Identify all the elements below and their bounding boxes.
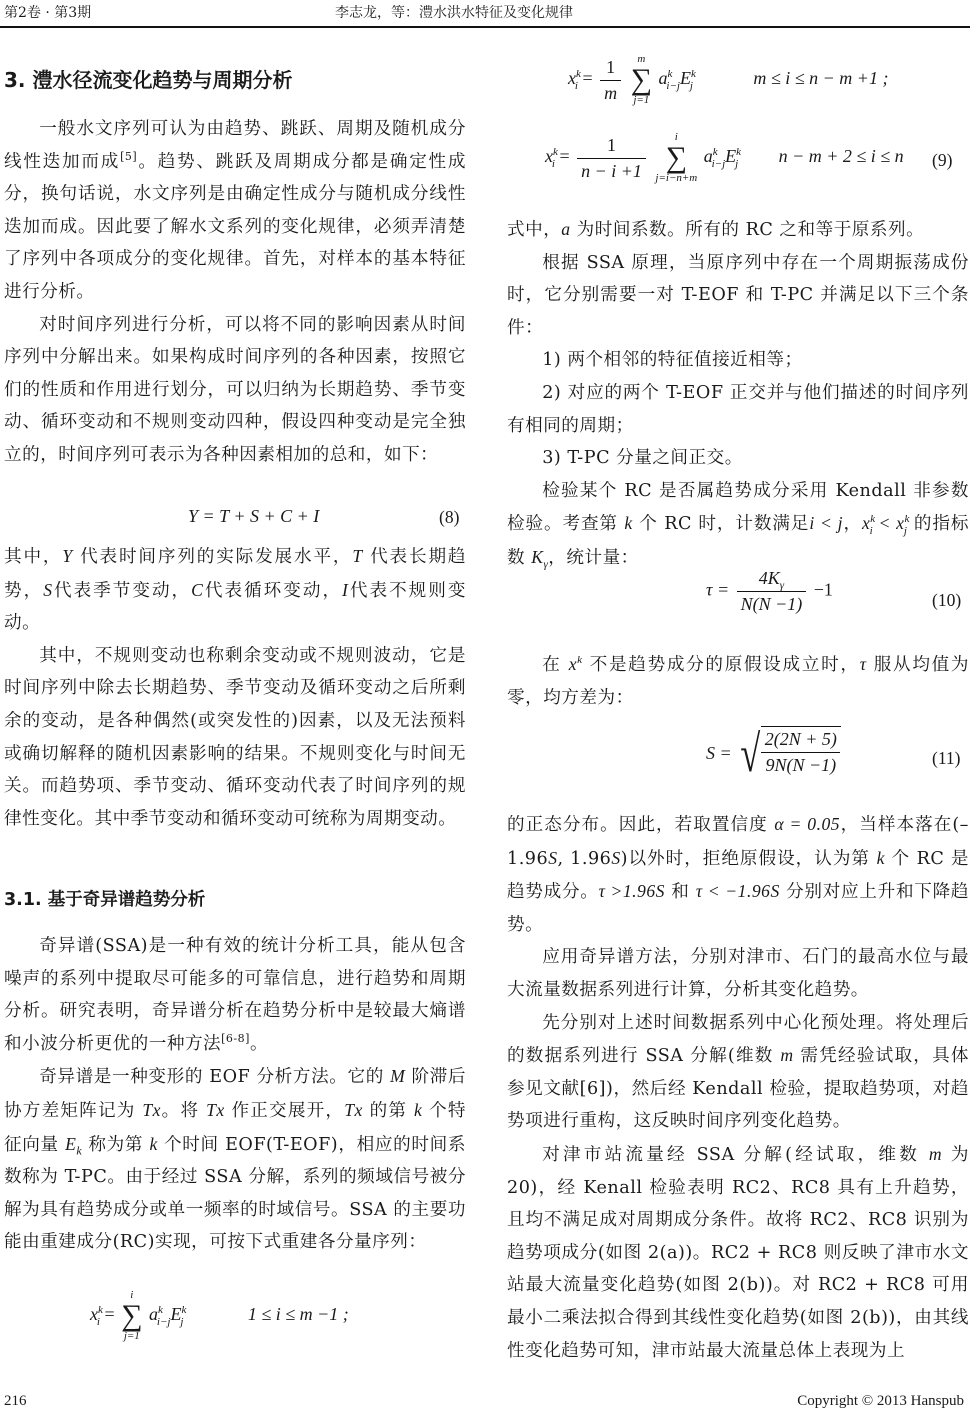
copyright-notice: Copyright © 2013 Hanspub <box>797 1393 964 1410</box>
right-column-block-1: 式中，a 为时间系数。所有的 RC 之和等于原系列。 根据 SSA 原理，当原序… <box>507 213 969 575</box>
running-header: 第2卷 · 第3期 李志龙，等：澧水洪水特征及变化规律 <box>0 0 970 27</box>
summation-symbol: i∑j=i−n+m <box>655 132 697 184</box>
condition-2: 2) 对应的两个 T-EOF 正交并与他们描述的时间序列有相同的周期； <box>507 377 969 442</box>
paragraph-coefficient: 式中，a 为时间系数。所有的 RC 之和等于原系列。 <box>507 213 969 247</box>
subsection-title: 3.1. 基于奇异谱趋势分析 <box>4 886 205 911</box>
summation-symbol: i∑j=1 <box>121 1290 142 1342</box>
equation-9-number: (9) <box>932 150 952 171</box>
paragraph-jinshi-results: 对津市站流量经 SSA 分解(经试取，维数 m 为 20)，经 Kenall 检… <box>507 1138 969 1367</box>
equation-8-number: (8) <box>439 507 459 528</box>
summation-symbol: m∑j=1 <box>631 54 652 106</box>
square-root: √2(2N + 5)9N(N −1) <box>736 726 841 784</box>
section-title: 3. 澧水径流变化趋势与周期分析 <box>4 64 292 93</box>
paragraph-irregular: 其中，不规则变动也称剩余变动或不规则波动，它是时间序列中除去长期趋势、季节变动及… <box>4 640 466 836</box>
paragraph-ssa-method: 奇异谱是一种变形的 EOF 分析方法。它的 M 阶滞后协方差矩阵记为 Tx。将 … <box>4 1060 466 1259</box>
paragraph-ssa-intro: 奇异谱(SSA)是一种有效的统计分析工具，能从包含噪声的系列中提取尽可能多的可靠… <box>4 930 466 1060</box>
journal-volume-issue: 第2卷 · 第3期 <box>4 2 91 22</box>
left-column-block-3: 奇异谱(SSA)是一种有效的统计分析工具，能从包含噪声的系列中提取尽可能多的可靠… <box>4 930 466 1259</box>
condition-1: 1) 两个相邻的特征值接近相等； <box>507 344 969 377</box>
equation-9c: xki = 1n − i +1 i∑j=i−n+m aki−jEkj n − m… <box>545 132 904 184</box>
equation-10: τ = 4KγN(N −1) −1 <box>706 568 833 615</box>
paragraph-conditions-intro: 根据 SSA 原理，当原序列中存在一个周期振荡成份时，它分别需要一对 T-EOF… <box>507 247 969 345</box>
paragraph-intro: 一般水文序列可认为由趋势、跳跃、周期及随机成分线性迭加而成[5]。趋势、跳跃及周… <box>4 113 466 309</box>
page-number: 216 <box>4 1393 27 1410</box>
citation: [5] <box>120 150 137 163</box>
paragraph-variables: 其中，Y 代表时间序列的实际发展水平，T 代表长期趋势，S代表季节变动，C代表循… <box>4 540 466 640</box>
equation-9b: xki = 1m m∑j=1 aki−jEkj m ≤ i ≤ n − m +1… <box>568 54 888 106</box>
equation-8: Y = T + S + C + I <box>188 506 319 527</box>
paragraph-kendall: 检验某个 RC 是否属趋势成分采用 Kendall 非参数检验。考查第 k 个 … <box>507 475 969 575</box>
paragraph-null-hypothesis: 在 xk 不是趋势成分的原假设成立时，τ 服从均值为零，均方差为： <box>507 648 969 714</box>
equation-10-number: (10) <box>932 590 961 611</box>
citation: [6-8] <box>221 1032 250 1045</box>
paragraph-preprocessing: 先分别对上述时间数据系列中心化预处理。将处理后的数据系列进行 SSA 分解(维数… <box>507 1007 969 1138</box>
header-rule <box>0 26 970 28</box>
paragraph-decomposition: 对时间序列进行分析，可以将不同的影响因素从时间序列中分解出来。如果构成时间序列的… <box>4 309 466 472</box>
running-title: 李志龙，等：澧水洪水特征及变化规律 <box>335 2 573 22</box>
paragraph-application: 应用奇异谱方法，分别对津市、石门的最高水位与最大流量数据系列进行计算，分析其变化… <box>507 941 969 1006</box>
left-column-block-1: 一般水文序列可认为由趋势、跳跃、周期及随机成分线性迭加而成[5]。趋势、跳跃及周… <box>4 113 466 472</box>
equation-11: S = √2(2N + 5)9N(N −1) <box>706 726 841 784</box>
right-column-block-3: 的正态分布。因此，若取置信度 α = 0.05，当样本落在(–1.96S, 1.… <box>507 808 969 1367</box>
right-column-block-2: 在 xk 不是趋势成分的原假设成立时，τ 服从均值为零，均方差为： <box>507 648 969 714</box>
left-column-block-2: 其中，Y 代表时间序列的实际发展水平，T 代表长期趋势，S代表季节变动，C代表循… <box>4 540 466 835</box>
equation-9a: xki = i∑j=1 aki−jEkj 1 ≤ i ≤ m −1 ; <box>90 1290 349 1342</box>
condition-3: 3) T-PC 分量之间正交。 <box>507 442 969 475</box>
paragraph-normal-distribution: 的正态分布。因此，若取置信度 α = 0.05，当样本落在(–1.96S, 1.… <box>507 808 969 941</box>
equation-11-number: (11) <box>932 748 961 769</box>
